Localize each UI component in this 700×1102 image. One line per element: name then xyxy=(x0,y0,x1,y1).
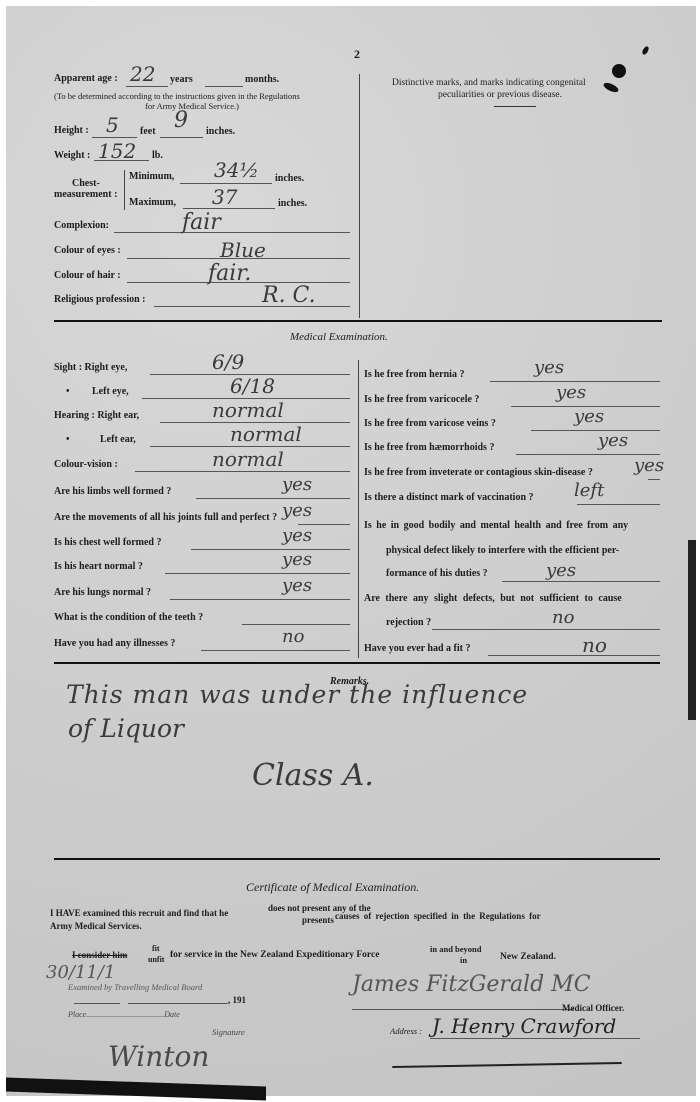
place-date-label: Place...................................… xyxy=(68,1010,180,1019)
address-value: J. Henry Crawford xyxy=(432,1014,616,1038)
exam-question-label: Is there a distinct mark of vaccination … xyxy=(364,492,534,503)
eyes-label: Colour of eyes : xyxy=(54,245,121,256)
exam-question-label: What is the condition of the teeth ? xyxy=(54,612,203,623)
address-label: Address : xyxy=(390,1026,422,1036)
medical-examination-title: Medical Examination. xyxy=(290,331,388,343)
exam-question-label: Is he free from hernia ? xyxy=(364,369,464,380)
exam-question-label: Sight : Right eye, xyxy=(54,362,127,373)
fit-question-value: no xyxy=(582,633,607,657)
exam-answer-handwritten: normal xyxy=(212,447,284,471)
page-number: 2 xyxy=(354,47,360,62)
stamp-date-handwritten: 30/11/1 xyxy=(46,962,115,983)
defects-question-line1: Are there any slight defects, but not su… xyxy=(364,593,622,604)
defects-question-line2: rejection ? xyxy=(386,617,431,628)
chest-min-label: Minimum, xyxy=(129,171,174,182)
hair-label: Colour of hair : xyxy=(54,270,121,281)
chest-max-label: Maximum, xyxy=(129,197,176,208)
exam-answer-handwritten: normal xyxy=(212,398,284,422)
apparent-age-value: 22 xyxy=(130,62,155,86)
unfit-option: unfit xyxy=(148,955,164,964)
religion-label: Religious profession : xyxy=(54,294,146,305)
defects-question-value: no xyxy=(552,607,574,628)
exam-answer-handwritten: yes xyxy=(282,500,312,521)
exam-question-label: Left eye, xyxy=(92,386,129,397)
exam-question-label: Are his lungs normal ? xyxy=(54,587,151,598)
exam-question-label: Hearing : Right ear, xyxy=(54,410,139,421)
year-prefix: , 191 xyxy=(228,995,246,1005)
certificate-title: Certificate of Medical Examination. xyxy=(246,880,419,895)
exam-answer-handwritten: left xyxy=(574,480,604,501)
chest-min-value: 34½ xyxy=(214,158,259,182)
feet-label: feet xyxy=(140,126,156,137)
signature-label: Signature xyxy=(212,1027,245,1037)
place-handwritten: Winton xyxy=(108,1040,209,1073)
health-question-line3: formance of his duties ? xyxy=(386,568,488,579)
health-question-line2: physical defect likely to interfere with… xyxy=(386,545,619,556)
certificate-line1-a: I HAVE examined this recruit and find th… xyxy=(50,908,228,918)
bullet-mark: • xyxy=(66,386,70,397)
exam-question-label: Is he free from varicocele ? xyxy=(364,394,479,405)
health-question-line1: Is he in good bodily and mental health a… xyxy=(364,520,628,531)
age-note-line1: (To be determined according to the instr… xyxy=(54,91,300,101)
exam-question-label: Are his limbs well formed ? xyxy=(54,486,171,497)
exam-question-label: Colour-vision : xyxy=(54,459,118,470)
exam-answer-handwritten: yes xyxy=(598,430,628,451)
exam-question-label: Is he free from hæmorrhoids ? xyxy=(364,442,494,453)
ink-blot xyxy=(612,64,626,78)
weight-value: 152 xyxy=(98,139,136,163)
certificate-option-presents: presents xyxy=(302,915,334,925)
years-label: years xyxy=(170,74,193,85)
chest-min-unit: inches. xyxy=(275,173,304,184)
in-option: in xyxy=(460,955,467,965)
new-zealand-text: New Zealand. xyxy=(500,952,556,962)
age-note-line2: for Army Medical Service.) xyxy=(145,101,239,111)
fit-question-label: Have you ever had a fit ? xyxy=(364,643,470,654)
officer-signature: James FitzGerald MC xyxy=(352,972,591,997)
consider-service-text: for service in the New Zealand Expeditio… xyxy=(170,950,379,960)
medical-officer-label: Medical Officer. xyxy=(562,1003,624,1013)
distinctive-marks-heading-line2: peculiarities or previous disease. xyxy=(438,90,562,100)
bullet-mark: • xyxy=(66,434,70,445)
remarks-classification: Class A. xyxy=(252,758,374,793)
exam-question-label: Are the movements of all his joints full… xyxy=(54,512,277,523)
fit-option: fit xyxy=(152,944,160,953)
exam-answer-handwritten: yes xyxy=(282,474,312,495)
remarks-line2: of Liquor xyxy=(68,714,184,743)
inches-label: inches. xyxy=(206,126,235,137)
exam-question-label: Is he free from varicose veins ? xyxy=(364,418,496,429)
exam-answer-handwritten: no xyxy=(282,626,304,647)
exam-question-label: Have you had any illnesses ? xyxy=(54,638,175,649)
chest-max-unit: inches. xyxy=(278,198,307,209)
consider-him-label: I consider him xyxy=(72,950,127,960)
remarks-line1: This man was under the influence xyxy=(66,680,528,709)
exam-answer-handwritten: yes xyxy=(534,357,564,378)
exam-question-label: Left ear, xyxy=(100,434,136,445)
chest-label-line2: measurement : xyxy=(54,189,117,200)
complexion-label: Complexion: xyxy=(54,220,109,231)
height-inches-value: 9 xyxy=(174,108,188,133)
chest-max-value: 37 xyxy=(212,185,237,209)
chest-label-line1: Chest- xyxy=(72,178,100,189)
exam-answer-handwritten: normal xyxy=(230,422,302,446)
exam-answer-handwritten: yes xyxy=(634,455,664,476)
eyes-value: Blue xyxy=(220,238,266,262)
religion-value: R. C. xyxy=(262,283,316,308)
exam-answer-handwritten: yes xyxy=(556,382,586,403)
exam-answer-handwritten: yes xyxy=(574,406,604,427)
hair-value: fair. xyxy=(208,261,251,286)
exam-answer-handwritten: 6/18 xyxy=(230,374,275,398)
weight-label: Weight : xyxy=(54,150,90,161)
exam-question-label: Is his heart normal ? xyxy=(54,561,143,572)
in-and-beyond-option: in and beyond xyxy=(430,944,482,954)
stamp-text: Examined by Travelling Medical Board xyxy=(68,982,202,992)
distinctive-marks-heading-line1: Distinctive marks, and marks indicating … xyxy=(392,78,586,88)
exam-answer-handwritten: yes xyxy=(282,525,312,546)
exam-answer-handwritten: yes xyxy=(282,575,312,596)
weight-unit: lb. xyxy=(152,150,163,161)
exam-answer-handwritten: yes xyxy=(282,549,312,570)
exam-question-label: Is his chest well formed ? xyxy=(54,537,162,548)
exam-question-label: Is he free from inveterate or contagious… xyxy=(364,467,593,478)
certificate-line2: Army Medical Services. xyxy=(50,921,142,931)
height-feet-value: 5 xyxy=(106,113,119,137)
height-label: Height : xyxy=(54,125,89,136)
apparent-age-label: Apparent age : xyxy=(54,73,118,84)
page-edge-shadow xyxy=(688,540,696,720)
exam-answer-handwritten: 6/9 xyxy=(212,350,244,374)
certificate-line1-b: causes of rejection specified in the Reg… xyxy=(335,911,541,921)
complexion-value: fair xyxy=(182,210,221,235)
months-label: months. xyxy=(245,74,279,85)
health-question-value: yes xyxy=(546,560,576,581)
